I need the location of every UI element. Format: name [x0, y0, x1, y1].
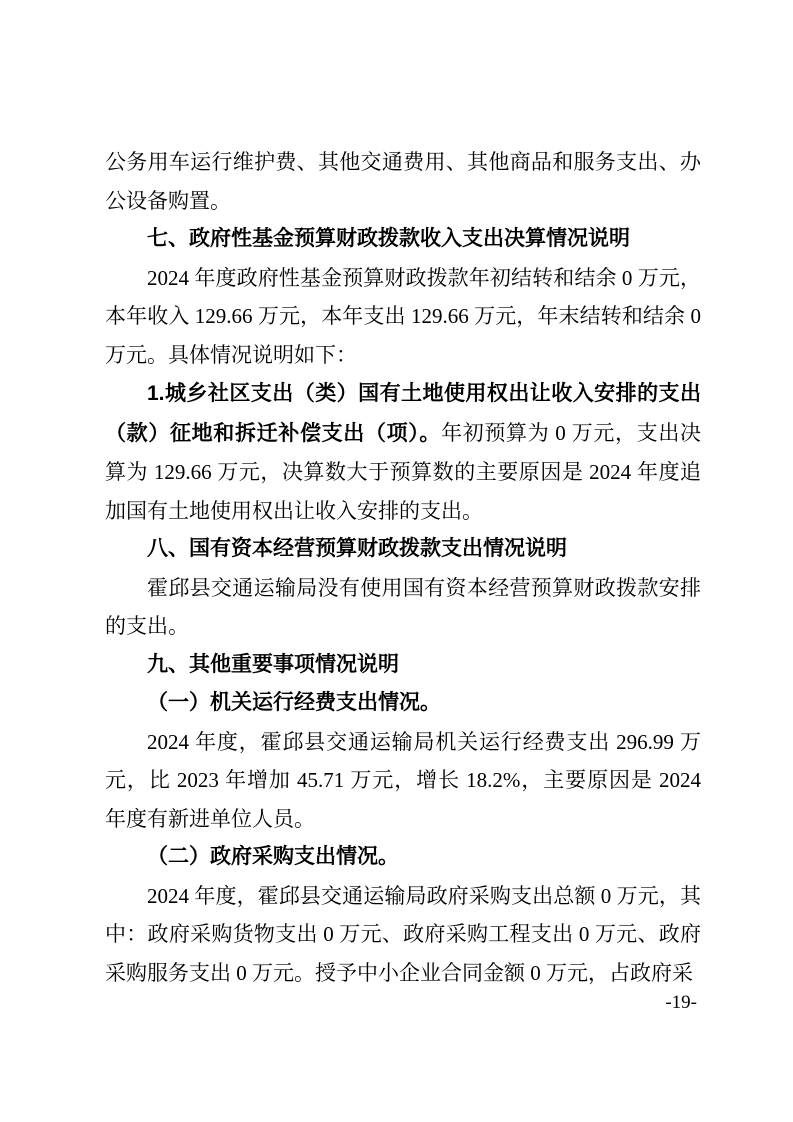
paragraph-with-bold-lead: 1.城乡社区支出（类）国有土地使用权出让收入安排的支出（款）征地和拆迁补偿支出（…: [105, 374, 701, 530]
paragraph: 霍邱县交通运输局没有使用国有资本经营预算财政拨款安排的支出。: [105, 569, 701, 646]
page-number: -19-: [105, 991, 701, 1015]
section-heading-9: 九、其他重要事项情况说明: [105, 646, 701, 685]
paragraph: 2024 年度政府性基金预算财政拨款年初结转和结余 0 万元，本年收入 129.…: [105, 259, 701, 375]
paragraph-continuation: 公务用车运行维护费、其他交通费用、其他商品和服务支出、办公设备购置。: [105, 143, 701, 220]
section-heading-8: 八、国有资本经营预算财政拨款支出情况说明: [105, 530, 701, 569]
document-page: 公务用车运行维护费、其他交通费用、其他商品和服务支出、办公设备购置。 七、政府性…: [0, 0, 793, 1122]
paragraph: 2024 年度，霍邱县交通运输局政府采购支出总额 0 万元，其中：政府采购货物支…: [105, 877, 701, 993]
subsection-heading-2: （二）政府采购支出情况。: [105, 838, 701, 877]
section-heading-7: 七、政府性基金预算财政拨款收入支出决算情况说明: [105, 220, 701, 259]
paragraph: 2024 年度，霍邱县交通运输局机关运行经费支出 296.99 万元，比 202…: [105, 723, 701, 839]
document-body: 公务用车运行维护费、其他交通费用、其他商品和服务支出、办公设备购置。 七、政府性…: [105, 143, 701, 992]
subsection-heading-1: （一）机关运行经费支出情况。: [105, 684, 701, 723]
